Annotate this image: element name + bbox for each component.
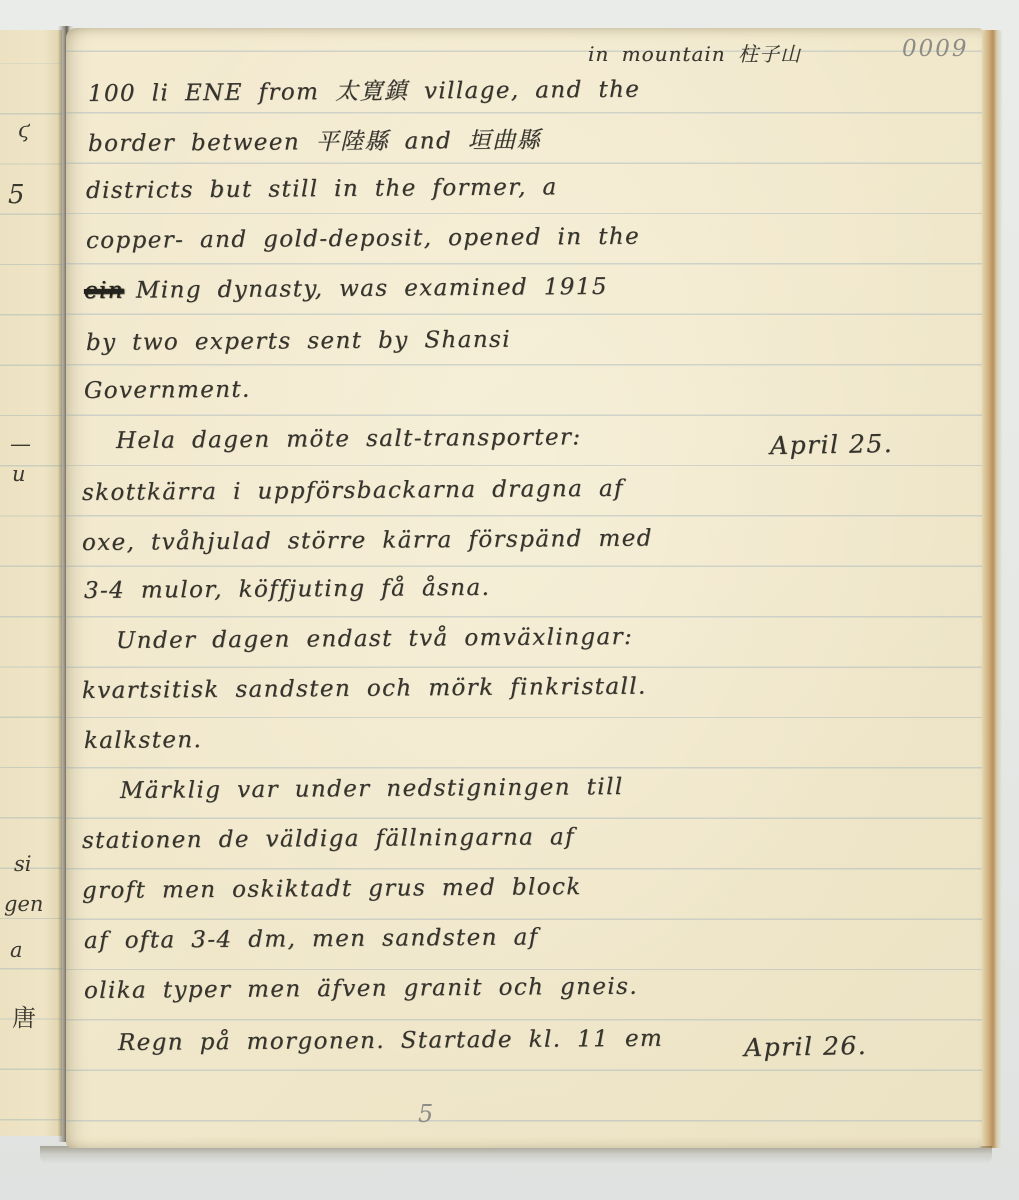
handwritten-line: Regn på morgonen. Startade kl. 11 em <box>118 1026 663 1056</box>
page-bottom-shadow <box>40 1146 992 1164</box>
handwritten-line: oxe, tvåhjulad större kärra förspänd med <box>82 526 653 556</box>
handwritten-line: copper- and gold-deposit, opened in the <box>86 224 640 254</box>
margin-date-april-25: April 25. <box>770 429 894 460</box>
handwritten-line: olika typer men äfven granit och gneis. <box>84 974 638 1004</box>
facing-page-sliver: ϛ 5 — u si gen a 唐 <box>0 30 62 1136</box>
header-annotation: in mountain 柱子山 <box>588 38 801 67</box>
handwritten-line: border between 平陸縣 and 垣曲縣 <box>88 121 541 158</box>
handwritten-line: 100 li ENE from 太寛鎮 village, and the <box>88 71 641 108</box>
page-edge-stack <box>982 30 1002 1148</box>
margin-date-april-26: April 26. <box>744 1031 868 1062</box>
handwriting-fragment-cjk: 唐 <box>12 998 36 1033</box>
handwritten-line: skottkärra i uppförsbackarna dragna af <box>82 476 624 506</box>
handwritten-line: groft men oskiktadt grus med block <box>82 874 582 904</box>
handwritten-line: kalksten. <box>84 727 203 754</box>
handwriting-fragment: u <box>12 462 26 486</box>
handwriting-fragment: si <box>14 852 32 876</box>
handwritten-line: Märklig var under nedstigningen till <box>120 774 624 804</box>
handwritten-line: einMing dynasty, was examined 1915 <box>84 274 608 304</box>
handwriting-fragment: ϛ <box>18 118 30 142</box>
handwritten-line: districts but still in the former, a <box>86 174 558 204</box>
handwritten-line: af ofta 3-4 dm, men sandsten af <box>84 924 539 954</box>
handwriting-fragment: a <box>10 938 23 962</box>
handwritten-line: kvartsitisk sandsten och mörk finkristal… <box>82 674 647 704</box>
page-number: 5 <box>418 1100 435 1128</box>
handwritten-line: Government. <box>84 377 251 404</box>
handwriting-fragment: 5 <box>8 180 25 210</box>
handwriting-fragment: — <box>10 432 31 456</box>
line-text: Ming dynasty, was examined 1915 <box>136 274 608 304</box>
handwritten-line: stationen de väldiga fällningarna af <box>82 824 575 854</box>
handwritten-line: Hela dagen möte salt-transporter: <box>116 424 582 454</box>
page-stamp: 0009 <box>902 36 969 62</box>
struck-word: ein <box>84 278 124 304</box>
notebook-page: in mountain 柱子山 0009 100 li ENE from 太寛鎮… <box>66 28 982 1148</box>
handwritten-line: Under dagen endast två omväxlingar: <box>116 624 633 654</box>
handwriting-fragment: gen <box>4 892 43 916</box>
scanned-notebook-photo: ϛ 5 — u si gen a 唐 in mountain 柱子山 0009 … <box>0 0 1019 1200</box>
handwritten-line: 3-4 mulor, köffjuting få åsna. <box>84 575 491 604</box>
handwritten-line: by two experts sent by Shansi <box>86 327 511 356</box>
